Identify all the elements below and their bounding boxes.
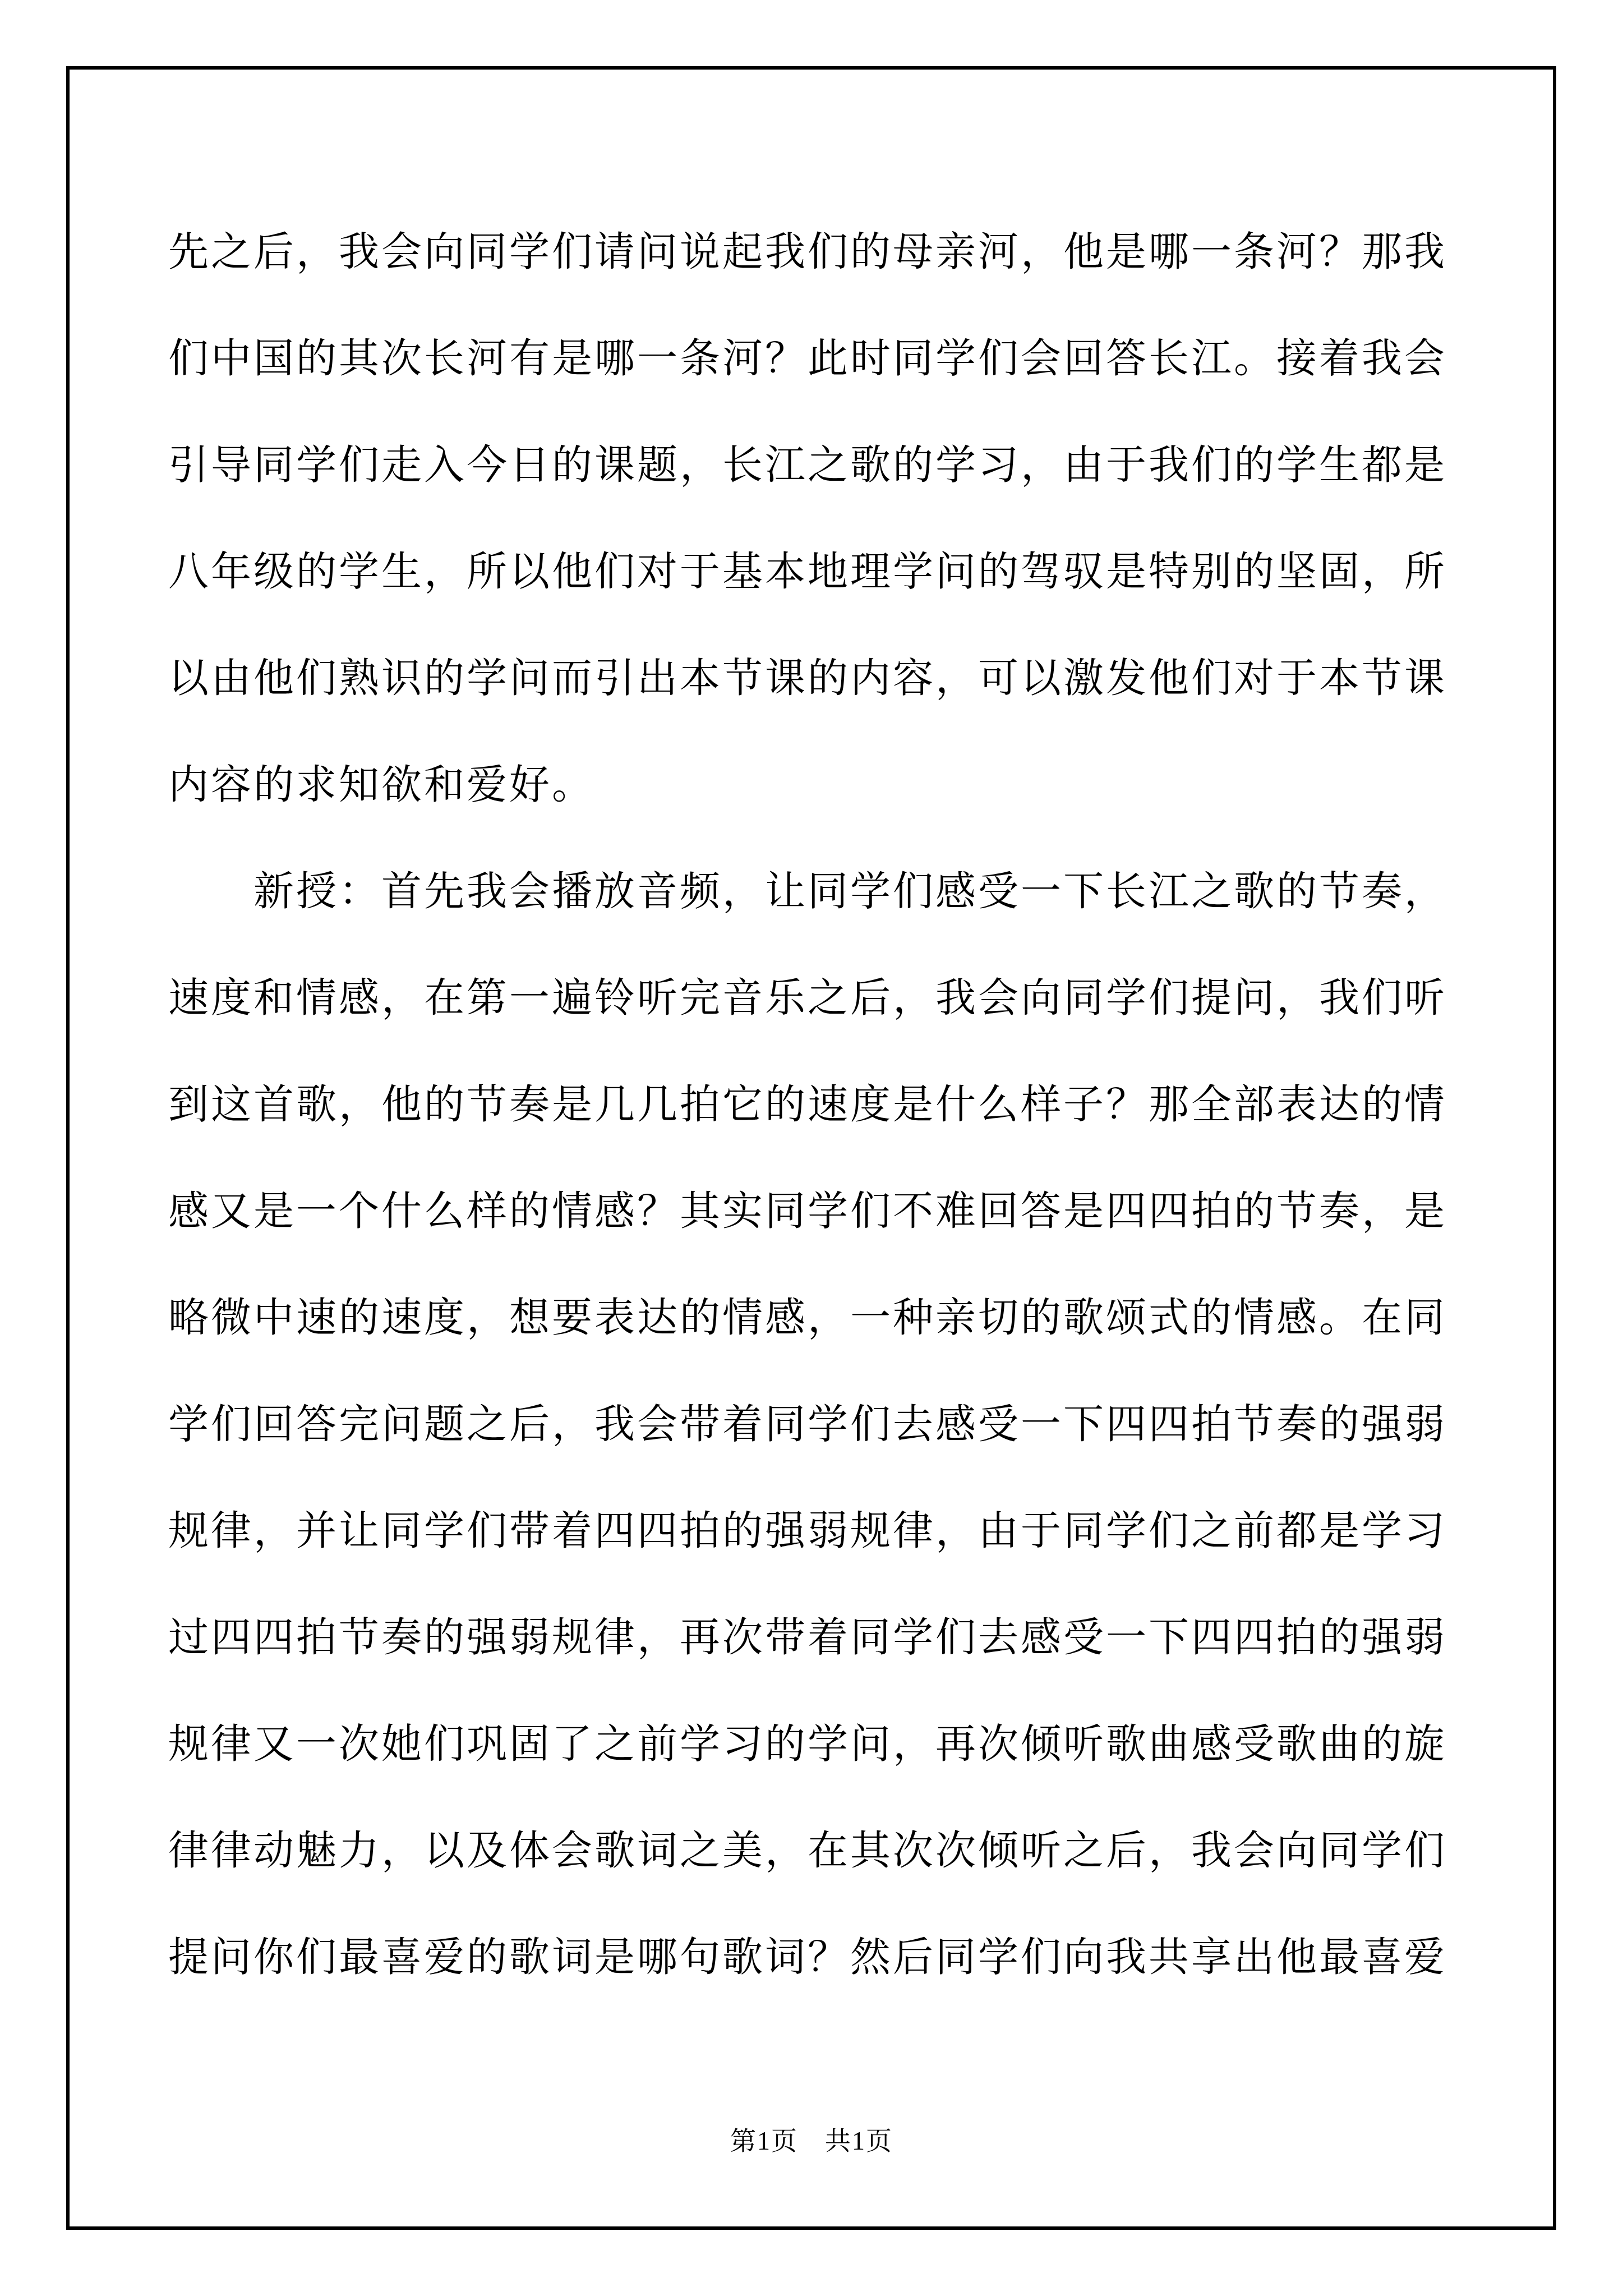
text-line: 学们回答完问题之后，我会带着同学们去感受一下四四拍节奏的强弱: [168, 1371, 1458, 1478]
text-line: 内容的求知欲和爱好。: [168, 731, 1458, 838]
text-line: 八年级的学生，所以他们对于基本地理学问的驾驭是特别的坚固，所: [168, 518, 1458, 625]
text-line: 新授：首先我会播放音频，让同学们感受一下长江之歌的节奏，: [168, 838, 1458, 945]
text-line: 们中国的其次长河有是哪一条河？此时同学们会回答长江。接着我会: [168, 305, 1458, 412]
text-line: 略微中速的速度，想要表达的情感，一种亲切的歌颂式的情感。在同: [168, 1264, 1458, 1371]
text-line: 感又是一个什么样的情感？其实同学们不难回答是四四拍的节奏，是: [168, 1158, 1458, 1264]
text-line: 规律又一次她们巩固了之前学习的学问，再次倾听歌曲感受歌曲的旋: [168, 1691, 1458, 1797]
body-text: 先之后，我会向同学们请问说起我们的母亲河，他是哪一条河？那我 们中国的其次长河有…: [168, 199, 1458, 2010]
page-number-footer: 第1页 共1页: [0, 2122, 1623, 2161]
text-line: 规律，并让同学们带着四四拍的强弱规律，由于同学们之前都是学习: [168, 1478, 1458, 1584]
text-line: 先之后，我会向同学们请问说起我们的母亲河，他是哪一条河？那我: [168, 199, 1458, 305]
text-line: 律律动魅力，以及体会歌词之美，在其次次倾听之后，我会向同学们: [168, 1797, 1458, 1904]
text-line: 引导同学们走入今日的课题，长江之歌的学习，由于我们的学生都是: [168, 412, 1458, 518]
text-line: 速度和情感，在第一遍铃听完音乐之后，我会向同学们提问，我们听: [168, 945, 1458, 1051]
text-line: 以由他们熟识的学问而引出本节课的内容，可以激发他们对于本节课: [168, 625, 1458, 731]
text-line: 过四四拍节奏的强弱规律，再次带着同学们去感受一下四四拍的强弱: [168, 1584, 1458, 1691]
text-line: 到这首歌，他的节奏是几几拍它的速度是什么样子？那全部表达的情: [168, 1051, 1458, 1158]
text-line: 提问你们最喜爱的歌词是哪句歌词？然后同学们向我共享出他最喜爱: [168, 1904, 1458, 2010]
document-page: { "page": { "background": "#ffffff", "bo…: [0, 0, 1623, 2296]
